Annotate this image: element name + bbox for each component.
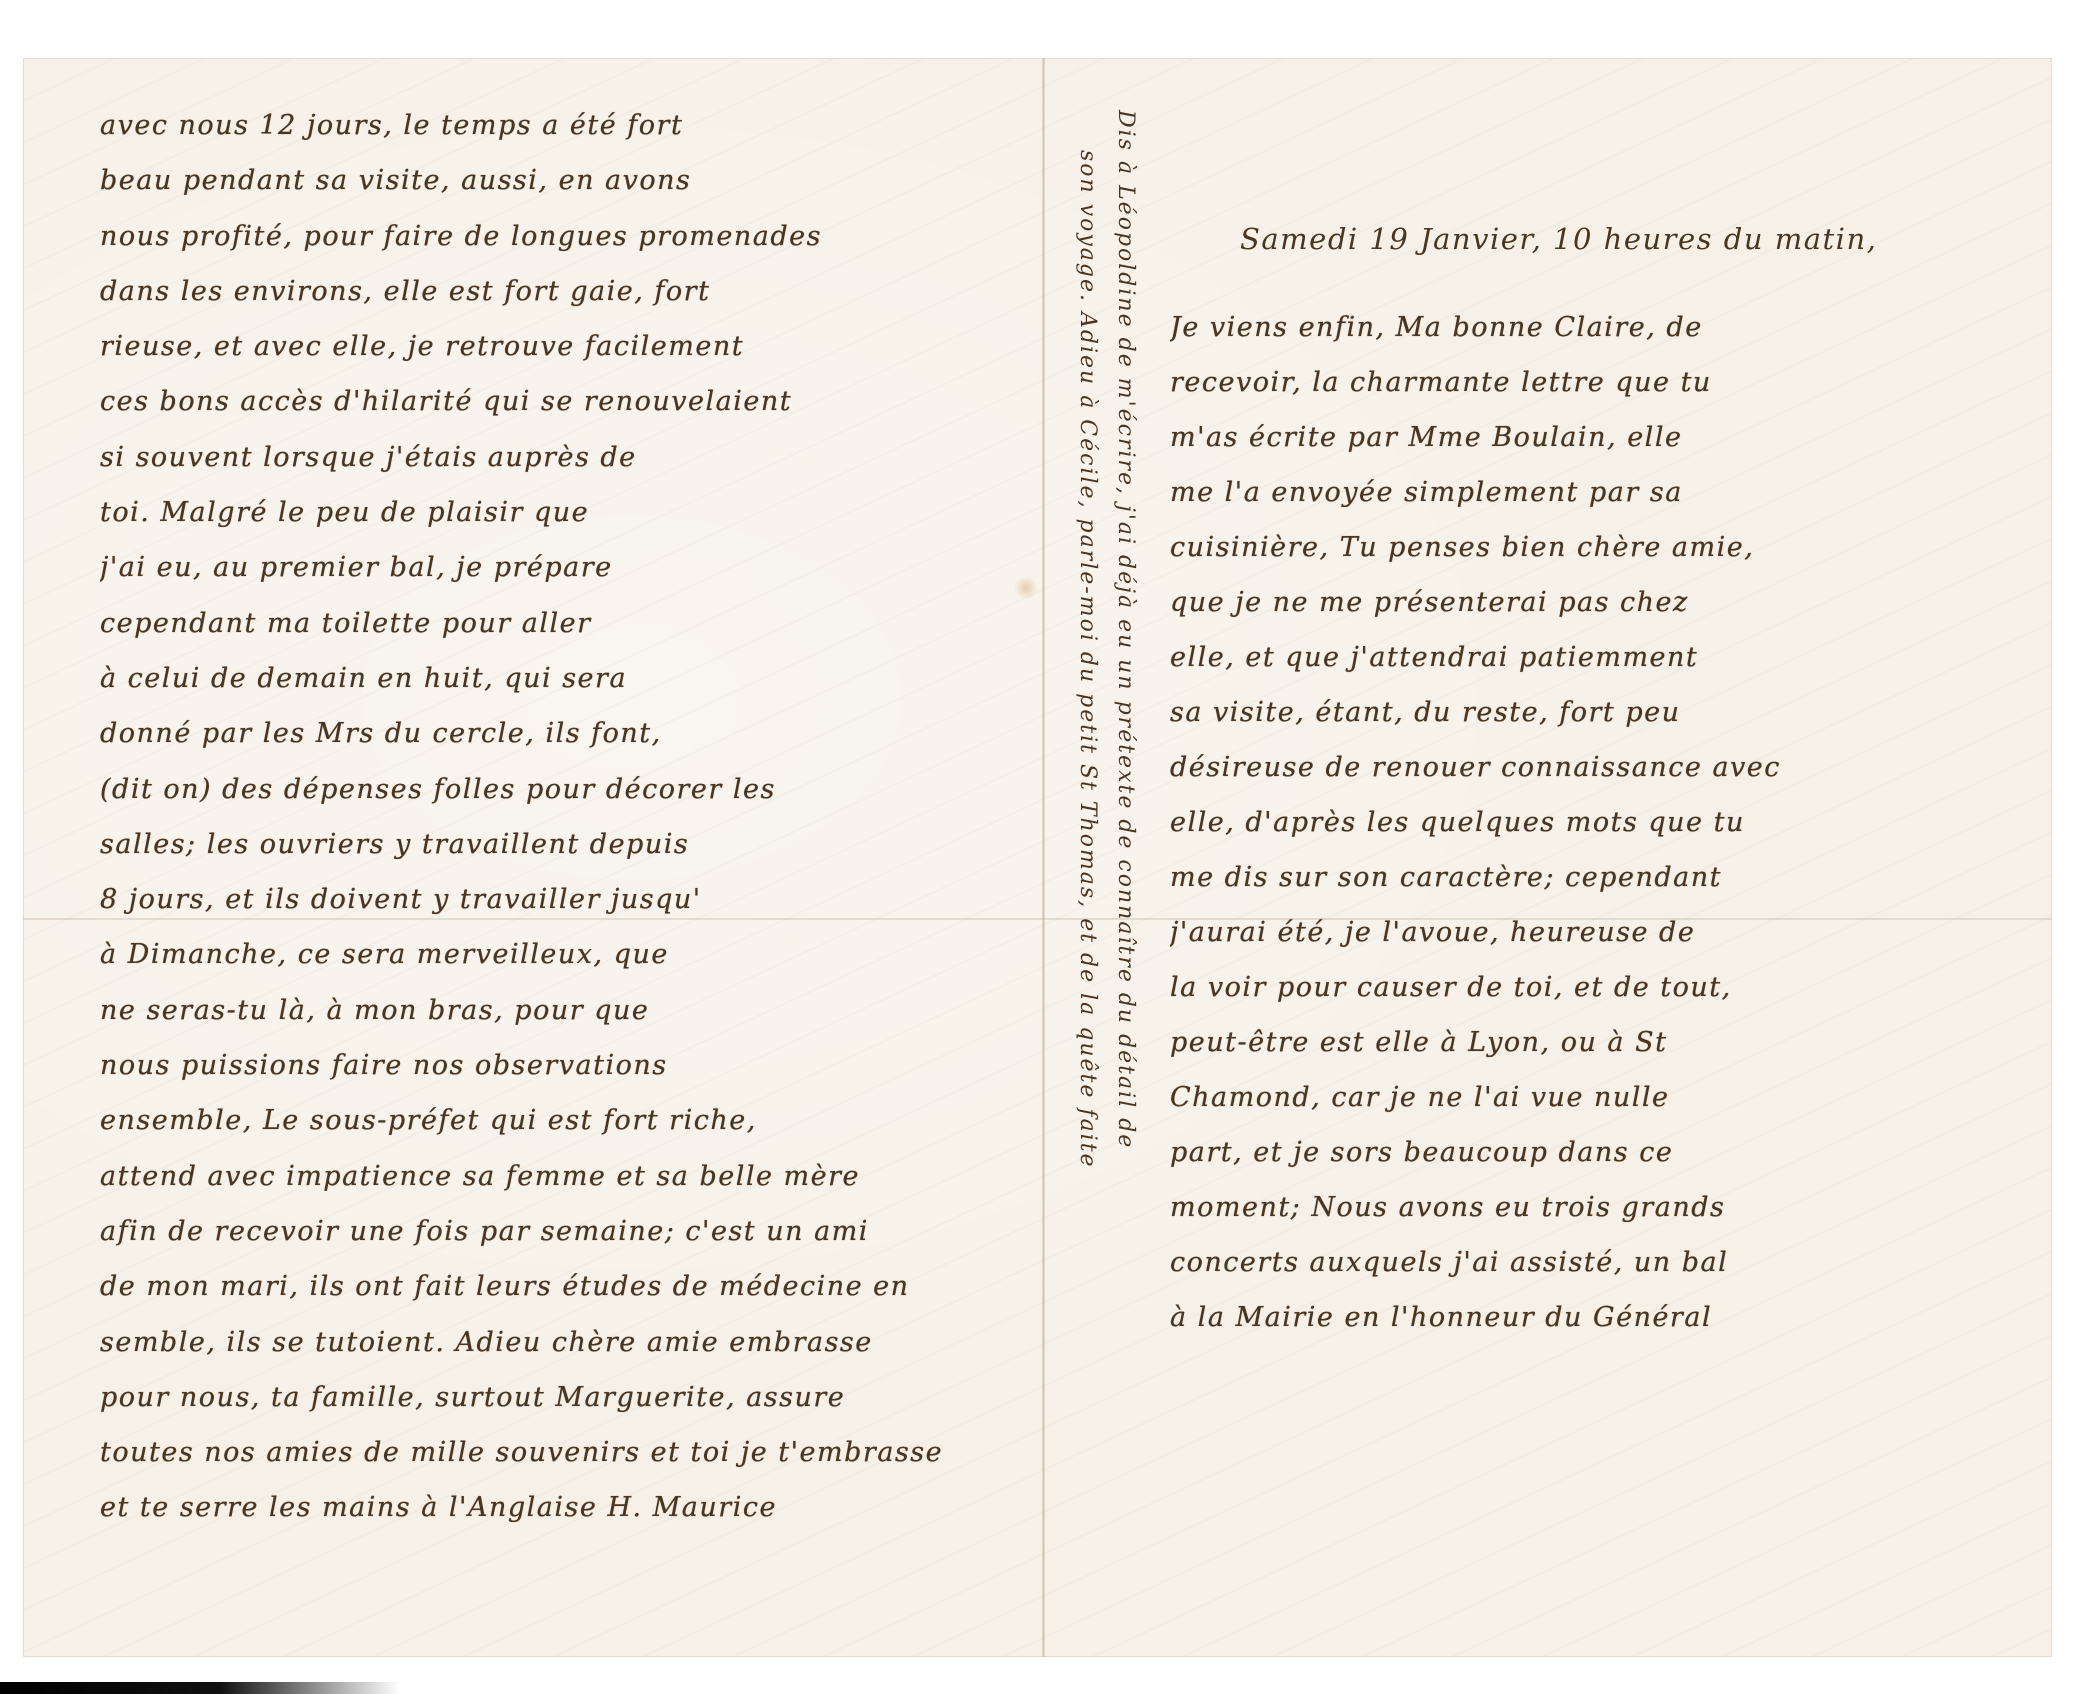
text-line: beau pendant sa visite, aussi, en avons: [100, 153, 1040, 208]
text-line: à celui de demain en huit, qui sera: [100, 651, 1040, 706]
left-page-text: avec nous 12 jours, le temps a été fort …: [100, 98, 1040, 1536]
text-line: j'aurai été, je l'avoue, heureuse de: [1170, 905, 2050, 960]
text-line: ne seras-tu là, à mon bras, pour que: [100, 983, 1040, 1038]
text-line: donné par les Mrs du cercle, ils font,: [100, 706, 1040, 761]
text-line: attend avec impatience sa femme et sa be…: [100, 1149, 1040, 1204]
margin-note-inner: son voyage. Adieu à Cécile, parle-moi du…: [1075, 150, 1100, 1169]
text-line: (dit on) des dépenses folles pour décore…: [100, 762, 1040, 817]
text-line: ces bons accès d'hilarité qui se renouve…: [100, 374, 1040, 429]
text-line: me l'a envoyée simplement par sa: [1170, 465, 2050, 520]
text-line: rieuse, et avec elle, je retrouve facile…: [100, 319, 1040, 374]
text-line: ensemble, Le sous-préfet qui est fort ri…: [100, 1093, 1040, 1148]
text-line: 8 jours, et ils doivent y travailler jus…: [100, 872, 1040, 927]
text-line: à Dimanche, ce sera merveilleux, que: [100, 927, 1040, 982]
text-line: concerts auxquels j'ai assisté, un bal: [1170, 1235, 2050, 1290]
text-line: salles; les ouvriers y travaillent depui…: [100, 817, 1040, 872]
scan-edge-shadow: [0, 1682, 400, 1694]
margin-note-outer: Dis à Léopoldine de m'écrire, j'ai déjà …: [1113, 110, 1138, 1149]
text-line: afin de recevoir une fois par semaine; c…: [100, 1204, 1040, 1259]
text-line: la voir pour causer de toi, et de tout,: [1170, 960, 2050, 1015]
text-line: elle, d'après les quelques mots que tu: [1170, 795, 2050, 850]
text-line: peut-être est elle à Lyon, ou à St: [1170, 1015, 2050, 1070]
text-line: à la Mairie en l'honneur du Général: [1170, 1290, 2050, 1345]
text-line: si souvent lorsque j'étais auprès de: [100, 430, 1040, 485]
text-line: me dis sur son caractère; cependant: [1170, 850, 2050, 905]
text-line: j'ai eu, au premier bal, je prépare: [100, 540, 1040, 595]
text-line: semble, ils se tutoient. Adieu chère ami…: [100, 1315, 1040, 1370]
right-page-text: Je viens enfin, Ma bonne Claire, de rece…: [1170, 300, 2050, 1345]
text-line: moment; Nous avons eu trois grands: [1170, 1180, 2050, 1235]
text-line: et te serre les mains à l'Anglaise H. Ma…: [100, 1480, 1040, 1535]
text-line: sa visite, étant, du reste, fort peu: [1170, 685, 2050, 740]
text-line: avec nous 12 jours, le temps a été fort: [100, 98, 1040, 153]
text-line: nous profité, pour faire de longues prom…: [100, 209, 1040, 264]
text-line: recevoir, la charmante lettre que tu: [1170, 355, 2050, 410]
text-line: que je ne me présenterai pas chez: [1170, 575, 2050, 630]
text-line: part, et je sors beaucoup dans ce: [1170, 1125, 2050, 1180]
text-line: désireuse de renouer connaissance avec: [1170, 740, 2050, 795]
text-line: toutes nos amies de mille souvenirs et t…: [100, 1425, 1040, 1480]
text-line: Je viens enfin, Ma bonne Claire, de: [1170, 300, 2050, 355]
text-line: pour nous, ta famille, surtout Marguerit…: [100, 1370, 1040, 1425]
text-line: cuisinière, Tu penses bien chère amie,: [1170, 520, 2050, 575]
text-line: de mon mari, ils ont fait leurs études d…: [100, 1259, 1040, 1314]
text-line: toi. Malgré le peu de plaisir que: [100, 485, 1040, 540]
letter-date-heading: Samedi 19 Janvier, 10 heures du matin,: [1240, 222, 2040, 256]
text-line: Chamond, car je ne l'ai vue nulle: [1170, 1070, 2050, 1125]
text-line: nous puissions faire nos observations: [100, 1038, 1040, 1093]
vertical-fold-line: [1042, 58, 1045, 1657]
text-line: cependant ma toilette pour aller: [100, 596, 1040, 651]
text-line: elle, et que j'attendrai patiemment: [1170, 630, 2050, 685]
text-line: dans les environs, elle est fort gaie, f…: [100, 264, 1040, 319]
text-line: m'as écrite par Mme Boulain, elle: [1170, 410, 2050, 465]
